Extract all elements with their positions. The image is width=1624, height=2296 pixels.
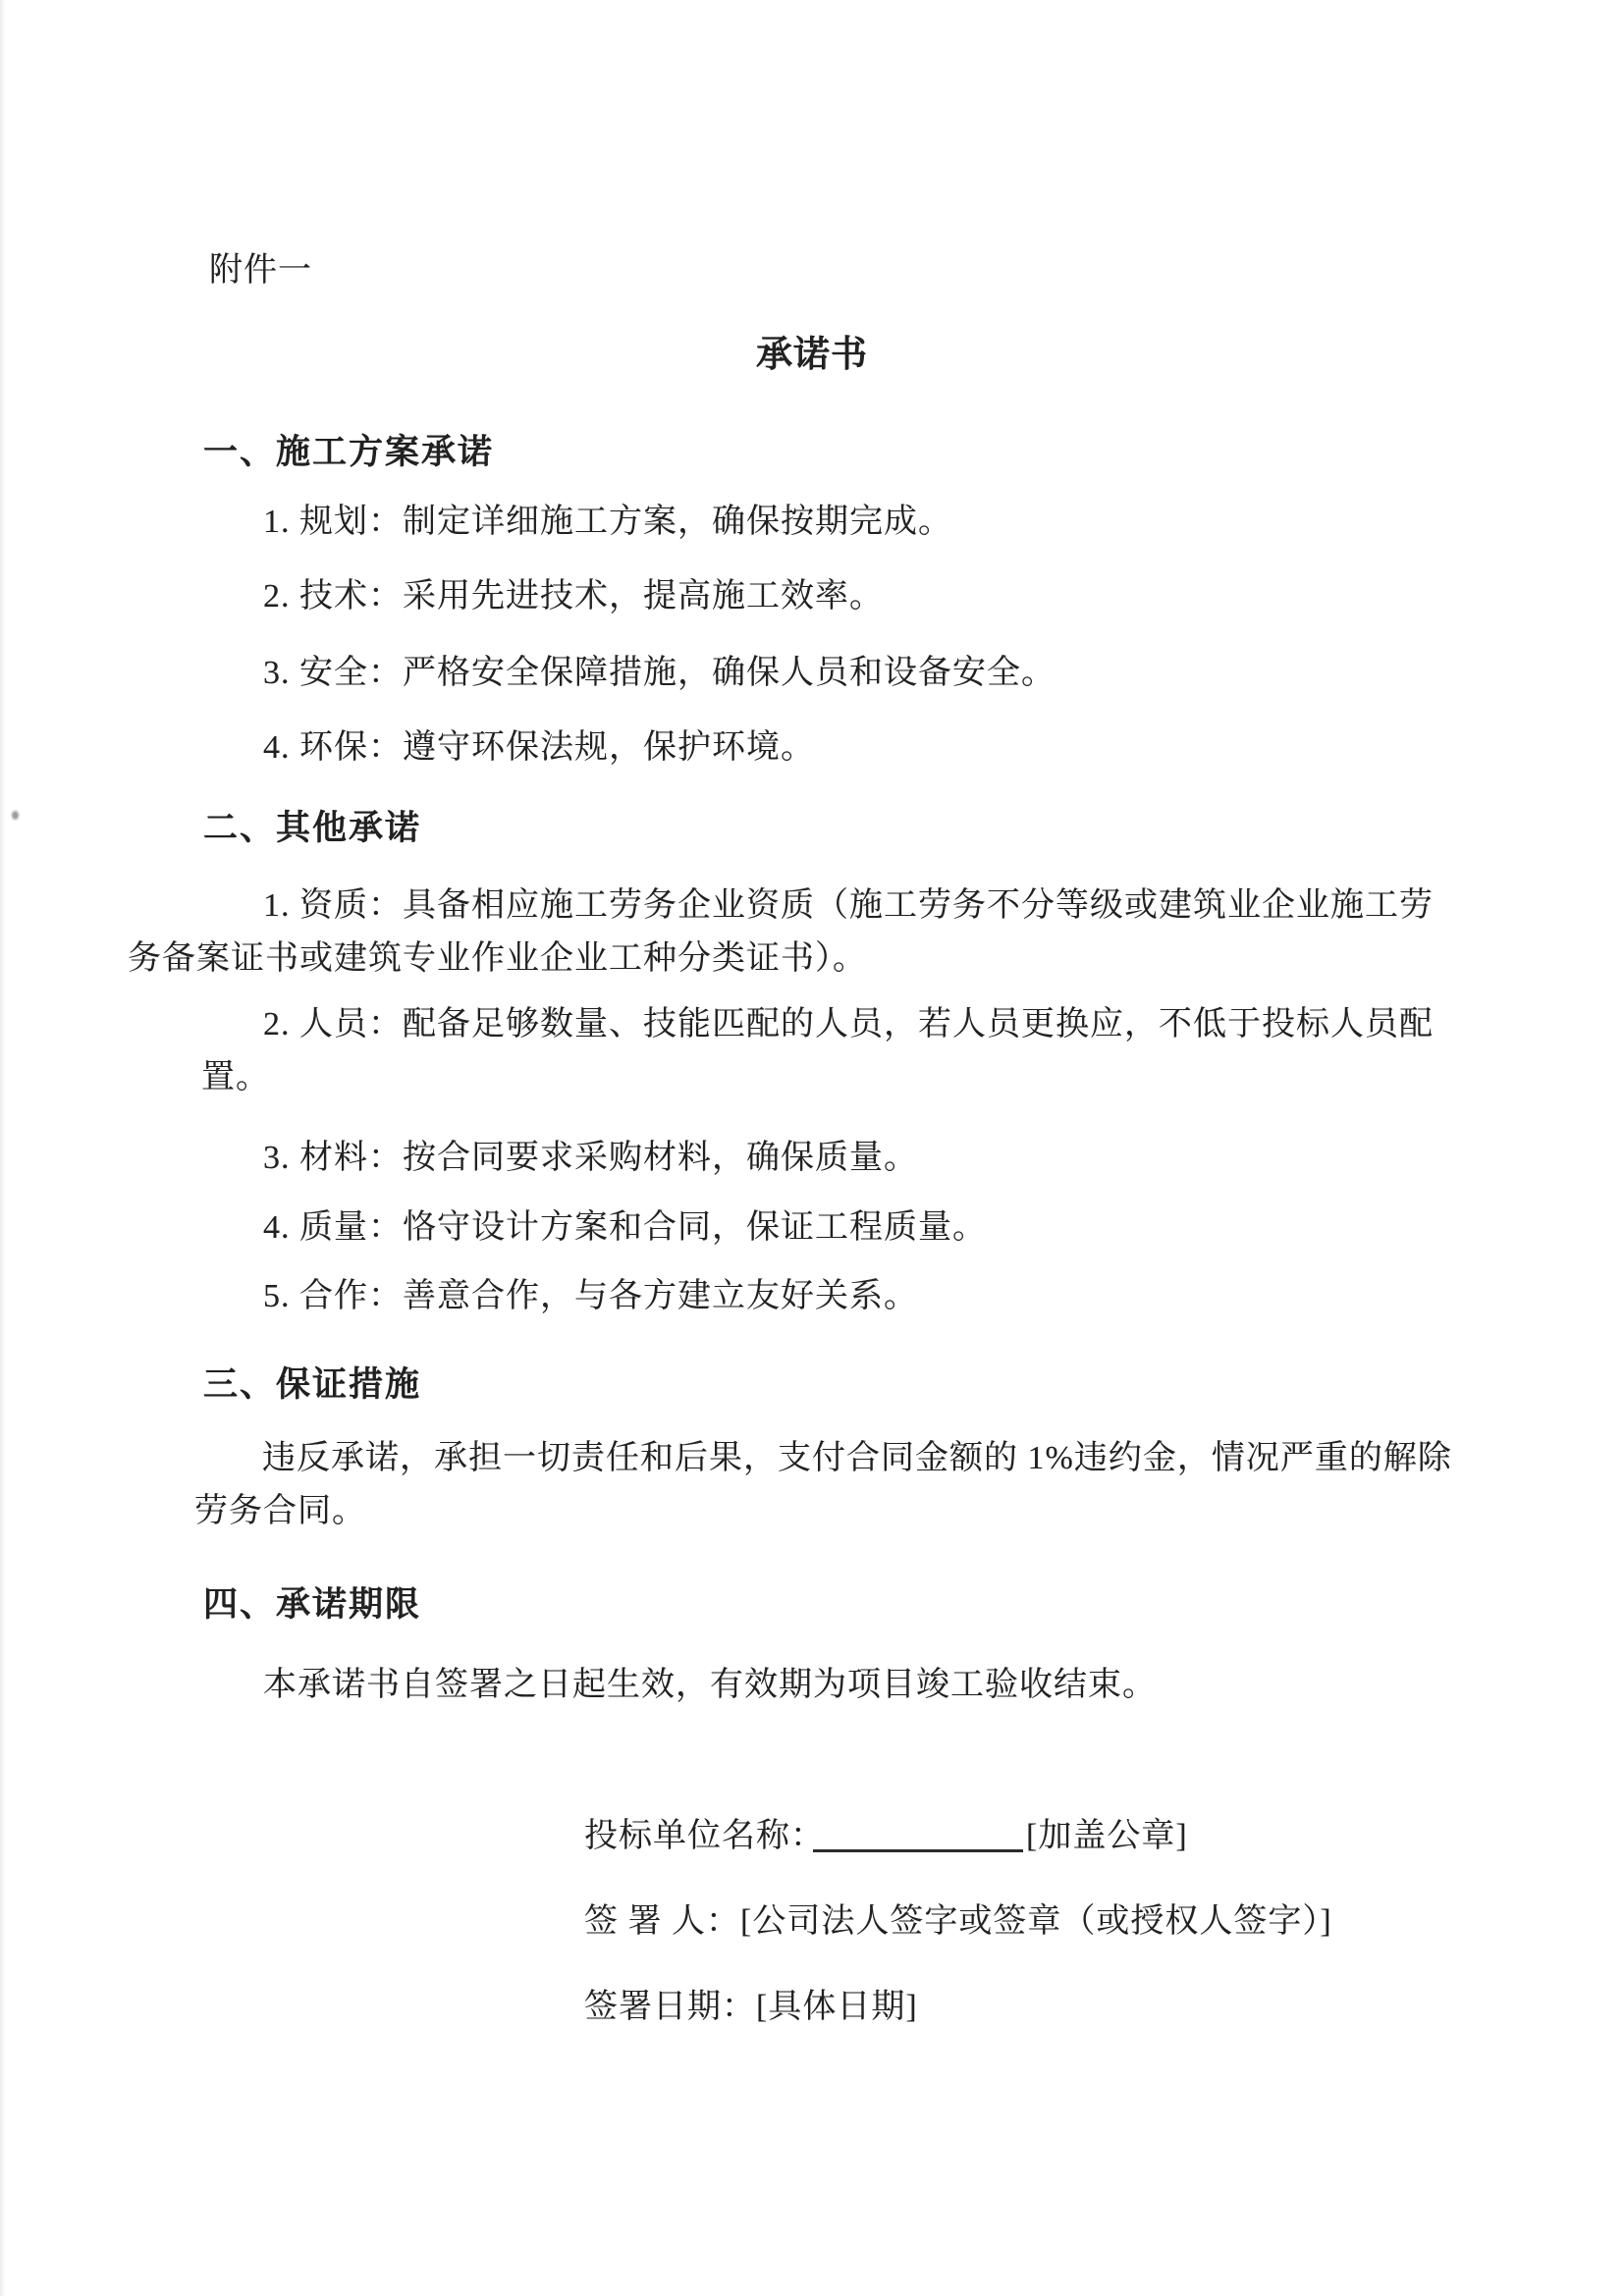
section3-paragraph-line2: 劳务合同。 bbox=[194, 1492, 366, 1532]
section2-item-cooperation: 5. 合作：善意合作，与各方建立友好关系。 bbox=[263, 1277, 918, 1317]
document-title: 承诺书 bbox=[0, 334, 1624, 377]
section-heading-3: 三、保证措施 bbox=[203, 1364, 421, 1406]
signing-date-line: 签署日期：[具体日期] bbox=[584, 1988, 918, 2028]
attachment-label: 附件一 bbox=[209, 251, 312, 292]
bidder-seal-note: [加盖公章] bbox=[1026, 1817, 1188, 1857]
section-heading-2: 二、其他承诺 bbox=[203, 808, 421, 849]
scan-speck bbox=[12, 811, 19, 820]
section2-item-quality: 4. 质量：恪守设计方案和合同，保证工程质量。 bbox=[263, 1208, 987, 1249]
section4-paragraph: 本承诺书自签署之日起生效，有效期为项目竣工验收结束。 bbox=[263, 1666, 1157, 1706]
section1-item-environment: 4. 环保：遵守环保法规，保护环境。 bbox=[263, 728, 815, 769]
section2-item-personnel-line2: 置。 bbox=[201, 1058, 270, 1098]
section2-item-personnel-line1: 2. 人员：配备足够数量、技能匹配的人员，若人员更换应，不低于投标人员配 bbox=[263, 1005, 1434, 1045]
signer-line: 签 署 人：[公司法人签字或签章（或授权人签字）] bbox=[584, 1902, 1332, 1943]
section1-item-planning: 1. 规划：制定详细施工方案，确保按期完成。 bbox=[263, 503, 952, 543]
section1-item-safety: 3. 安全：严格安全保障措施，确保人员和设备安全。 bbox=[263, 654, 1056, 694]
section2-item-materials: 3. 材料：按合同要求采购材料，确保质量。 bbox=[263, 1139, 918, 1179]
section2-item-qualification-line2: 务备案证书或建筑专业作业企业工种分类证书）。 bbox=[128, 939, 867, 980]
section-heading-4: 四、承诺期限 bbox=[203, 1584, 421, 1626]
scanned-document-page: 附件一 承诺书 一、施工方案承诺 1. 规划：制定详细施工方案，确保按期完成。 … bbox=[0, 0, 1624, 2296]
bidder-name-blank-line bbox=[813, 1849, 1023, 1852]
section2-item-qualification-line1: 1. 资质：具备相应施工劳务企业资质（施工劳务不分等级或建筑业企业施工劳 bbox=[263, 886, 1434, 927]
section-heading-1: 一、施工方案承诺 bbox=[203, 432, 494, 473]
bidder-name-label: 投标单位名称： bbox=[584, 1817, 825, 1857]
section1-item-technology: 2. 技术：采用先进技术，提高施工效率。 bbox=[263, 577, 884, 617]
section3-paragraph-line1: 违反承诺，承担一切责任和后果，支付合同金额的 1%违约金，情况严重的解除 bbox=[262, 1439, 1452, 1479]
